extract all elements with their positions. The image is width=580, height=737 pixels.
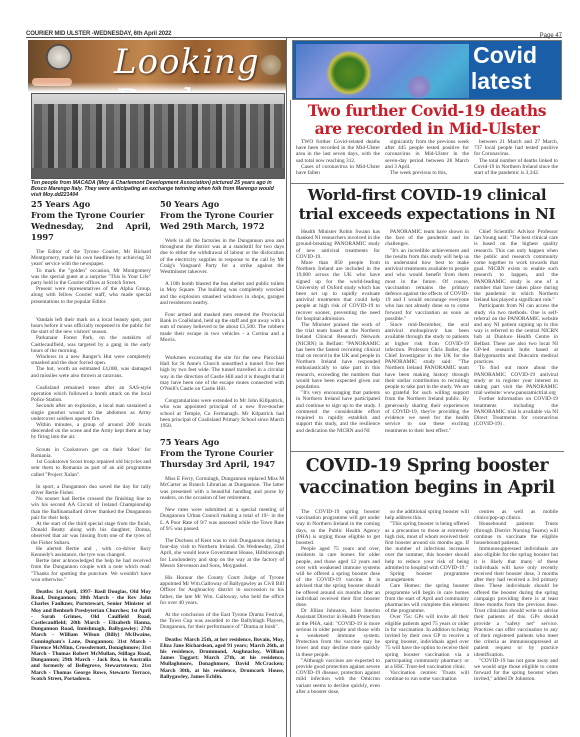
article-divider <box>291 183 564 184</box>
article-column: signicantly from the previous week after… <box>385 139 469 176</box>
article-column: The COVID-19 spring booster vaccination … <box>296 509 380 695</box>
article-paragraph: The Duchess of Kent was to visit Dungann… <box>160 538 284 569</box>
section-heading-75-years-ago: 75 Years Ago From the Tyrone Courier Thu… <box>160 437 284 470</box>
article-paragraph: Seconds after an explosion, a local man … <box>31 403 151 422</box>
article-paragraph: Windows in a new Ranger's Hut were compl… <box>31 354 151 366</box>
clock-icon <box>46 44 72 70</box>
section-25-years-ago: 25 Years Ago From the Tyrone Courier Wed… <box>31 199 151 682</box>
coronavirus-icon <box>406 74 432 100</box>
article-column: Health Minister Robin Swann has thanked … <box>296 229 380 434</box>
article-paragraph: Miss E Ferry, Cornulagh, Dungannon repla… <box>160 476 284 501</box>
article-paragraph: To mark the "golden" occasion, Mr Montgo… <box>31 268 151 287</box>
article-paragraph: He alerted Bertie and , with co-driver R… <box>31 546 151 558</box>
headline-clinical-trial: World-first COVID-19 clinical trial exce… <box>294 186 560 224</box>
article-paragraph: At the conclusion of the East Tyrone Dra… <box>160 612 284 631</box>
looking-back-banner: Looking Back <box>28 40 286 92</box>
coronavirus-icon <box>326 50 372 96</box>
group-photo-people <box>34 104 284 174</box>
article-paragraph: Bertie later acknowledged the help he ha… <box>31 558 151 583</box>
page-number: Page 47 <box>540 33 562 39</box>
deaths-notice: Deaths: March 25th, at her residence, Bo… <box>160 637 284 680</box>
banner-title-line2: latest <box>471 68 531 95</box>
article-paragraph: Within minutes, a group of around 200 lo… <box>31 422 151 441</box>
article-column: Chief Scientific Advisor Professor Ian Y… <box>474 229 558 428</box>
article-paragraph: Four armed and masked men entered the Pr… <box>160 312 284 343</box>
article-paragraph: No sooner had Bertie crossed the finishi… <box>31 496 151 521</box>
article-paragraph: 1st Cookstown Scout troop repaired old b… <box>31 459 151 478</box>
article-paragraph: Parkanaur Forest Park, on the outskirts … <box>31 335 151 354</box>
article-column: so the additional spring booster will he… <box>385 509 469 683</box>
deaths-notice: Deaths: 1st April, 1997- Basil Douglas, … <box>31 589 151 682</box>
article-paragraph: The Editor of the Tyrone Courier, Mr Ric… <box>31 249 151 268</box>
covid-latest-banner: Covid latest <box>292 40 562 100</box>
article-paragraph: A 10lb bomb blasted the bus shelter and … <box>160 281 284 306</box>
article-paragraph: Coalisland remained tense after an SAS-s… <box>31 385 151 404</box>
article-paragraph: The hut, worth an estimated £4,000, was … <box>31 366 151 378</box>
article-paragraph: His Honour the County Court Judge of Tyr… <box>160 575 284 606</box>
column-rule <box>290 100 291 737</box>
article-paragraph: At the start of the third special stage … <box>31 521 151 546</box>
banner-title-line1: Covid <box>473 42 537 69</box>
section-heading: 50 Years Ago From the Tyrone Courier Wed… <box>160 199 284 232</box>
article-divider <box>291 451 564 452</box>
virus-image <box>296 44 469 98</box>
photo-caption: Ten people from MACADA (Moy & Charlemont… <box>31 180 285 199</box>
article-paragraph: Scouts in Cookstown get on their 'bikes'… <box>31 447 151 459</box>
article-column: TWO further Covid-related deaths have be… <box>296 139 380 176</box>
article-paragraph: Present were representatives of the Alph… <box>31 286 151 305</box>
article-paragraph: New rates were submitted at a special me… <box>160 507 284 532</box>
article-paragraph: Workmen excavating the site for the new … <box>160 355 284 392</box>
headline-deaths: Two further Covid-19 deaths are recorded… <box>294 102 560 138</box>
article-paragraph: Vandals left their mark on a local beaut… <box>31 317 151 336</box>
section-heading: 25 Years Ago From the Tyrone Courier Wed… <box>31 199 151 243</box>
article-column: PANORAMIC team have shown in the face of… <box>385 229 469 434</box>
article-paragraph: Work in all the factories in the Dungann… <box>160 238 284 275</box>
headline-spring-booster: COVID-19 Spring booster vaccination begi… <box>294 455 560 499</box>
section-50-years-ago: 50 Years Ago From the Tyrone Courier Wed… <box>160 199 284 680</box>
article-paragraph: In sport, a Dungannon duo saved the day … <box>31 484 151 496</box>
article-column: centres as well as mobile clinics/pop-up… <box>474 509 558 683</box>
group-photo <box>31 93 285 179</box>
article-column: between 21 March and 27 March, 737 local… <box>474 139 558 176</box>
article-paragraph: Congratulations were extended to Mr John… <box>160 398 284 429</box>
